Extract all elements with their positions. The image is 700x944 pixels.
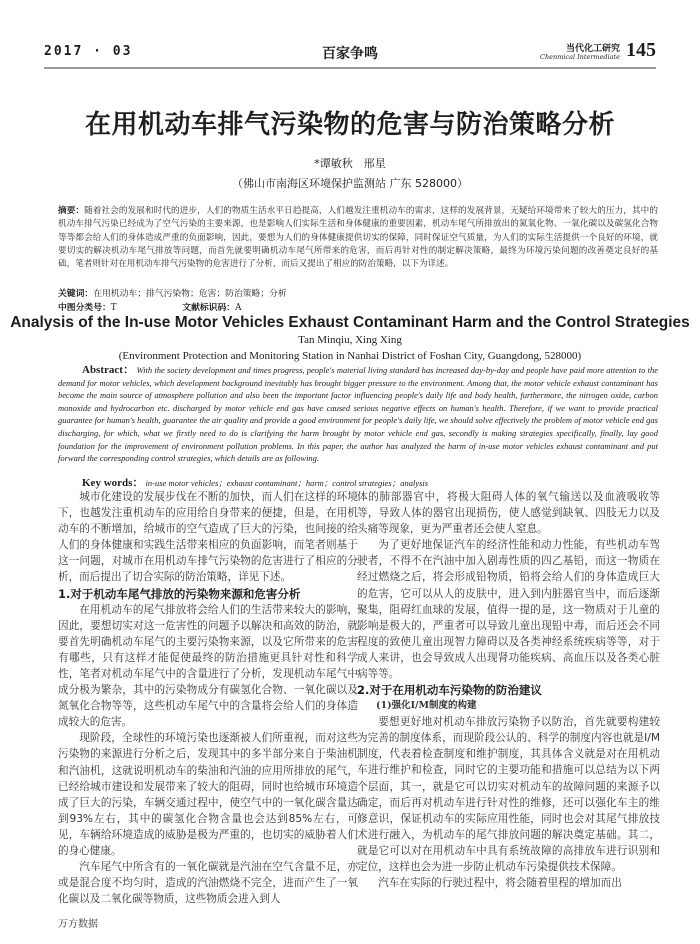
abstract-text: 随着社会的发展和时代的进步，人们的物质生活水平日趋提高，人们越发注重机动车的需求… [58, 206, 658, 269]
english-abstract-text: With the society development and times p… [58, 365, 658, 463]
doc-code-value: A [235, 303, 241, 313]
paragraph: 要想更好地对机动车排放污染物予以防治，首先就要构建较为完善的制度体系，而现阶段公… [357, 714, 660, 875]
english-keywords: Key words： in-use motor vehicles；exhaust… [82, 474, 428, 490]
english-abstract: Abstract： With the society development a… [58, 364, 658, 465]
keywords-cn: 关键词：在用机动车；排气污染物；危害；防治策略；分析 [58, 286, 287, 299]
paragraph: 体的肺部器官中，将极大阻碍人体的氧气输送以及血液吸收等等，导致人体的器官出现损伤… [357, 489, 660, 537]
english-keywords-label: Key words [82, 477, 132, 489]
paragraph: 汽车尾气中所含有的一氧化碳就是汽油在空气含量不足，亦或是混合度不均匀时，造成的汽… [58, 859, 358, 907]
authors: *谭敏秋 邢星 [0, 155, 700, 171]
subsection-heading: (1)强化I/M制度的构建 [357, 698, 660, 714]
abstract-label: 摘要： [58, 206, 84, 216]
paragraph: 在用机动车的尾气排放将会给人们的生活带来较大的影响，因此，要想切实对这一危害性的… [58, 602, 358, 731]
running-header: 2017 · 03 百家争鸣 当代化工研究 Chenmical Intermed… [44, 40, 656, 66]
paragraph: 现阶段，全球性的环境污染也逐渐被人们所重视，而对这些污染物的来源进行分析之后，发… [58, 730, 358, 859]
header-divider [44, 67, 656, 69]
source-watermark: 万方数据 [58, 915, 98, 930]
english-title: Analysis of the In-use Motor Vehicles Ex… [0, 314, 700, 332]
keywords-label: 关键词： [58, 289, 93, 299]
clc-label: 中图分类号： [58, 303, 111, 313]
english-affiliation: (Environment Protection and Monitoring S… [0, 350, 700, 362]
body-column-right: 体的肺部器官中，将极大阻碍人体的氧气输送以及血液吸收等等，导致人体的器官出现损伤… [357, 489, 660, 891]
body-column-left: 城市化建设的发展步伐在不断的加快，而人们在这样的环境下，也越发注重机动车的应用给… [58, 489, 358, 907]
journal-name-en: Chenmical Intermediate [540, 54, 620, 61]
english-abstract-label: Abstract [82, 364, 123, 376]
section-heading-1: 1.对于机动车尾气排放的污染物来源和危害分析 [58, 586, 358, 602]
paragraph: 汽车在实际的行驶过程中，将会随着里程的增加而出 [357, 875, 660, 891]
abstract-cn: 摘要：随着社会的发展和时代的进步，人们的物质生活水平日趋提高，人们越发注重机动车… [58, 205, 658, 271]
article-title: 在用机动车排气污染物的危害与防治策略分析 [0, 104, 700, 141]
journal-block: 当代化工研究 Chenmical Intermediate 145 [540, 40, 656, 60]
keywords-text: 在用机动车；排气污染物；危害；防治策略；分析 [93, 289, 287, 299]
page-number: 145 [626, 40, 656, 60]
section-heading-2: 2.对于在用机动车污染物的防治建议 [357, 682, 660, 698]
clc-value: T [111, 303, 117, 313]
affiliation: （佛山市南海区环境保护监测站 广东 528000） [0, 175, 700, 191]
doc-code-label: 文献标识码： [182, 303, 235, 313]
paragraph: 城市化建设的发展步伐在不断的加快，而人们在这样的环境下，也越发注重机动车的应用给… [58, 489, 358, 586]
paragraph: 为了更好地保证汽车的经济性能和动力性能，有些机动车驾驶者，不得不在汽油中加入剧毒… [357, 537, 660, 682]
english-authors: Tan Minqiu, Xing Xing [0, 334, 700, 346]
classification-line: 中图分类号：T 文献标识码：A [58, 300, 241, 313]
english-keywords-text: in-use motor vehicles；exhaust contaminan… [146, 478, 429, 488]
